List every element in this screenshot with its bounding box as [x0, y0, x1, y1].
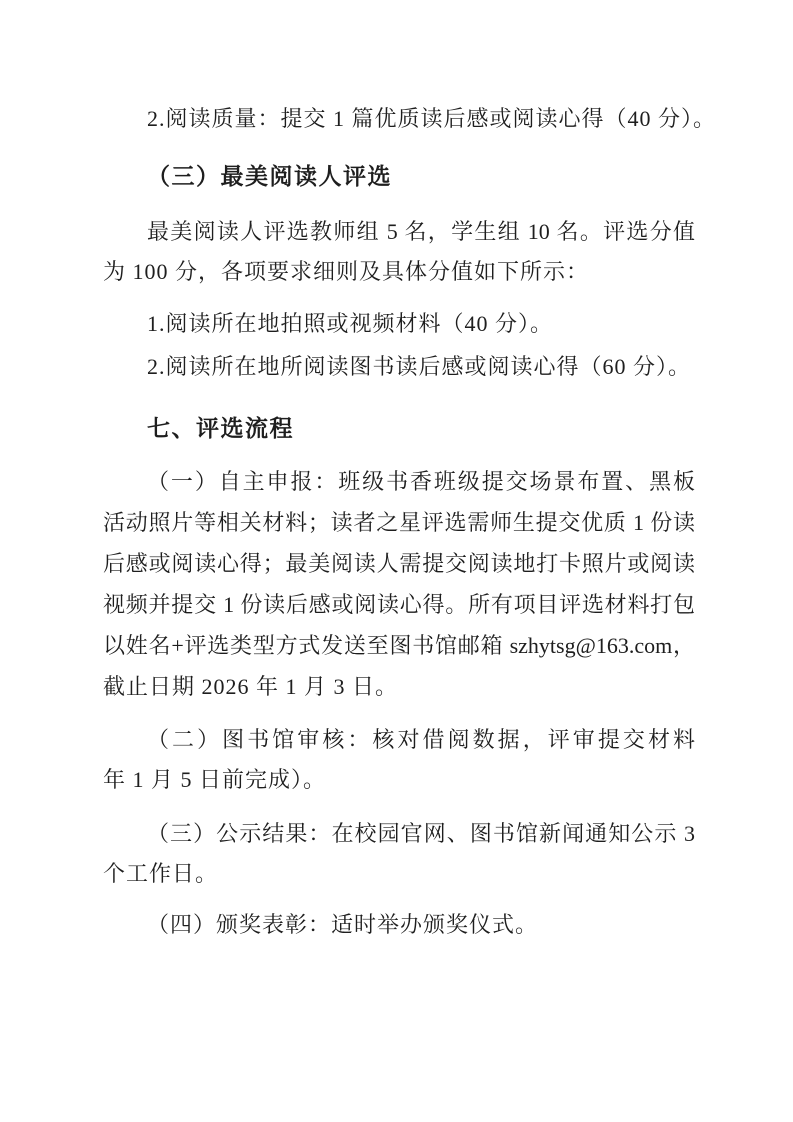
step-self-application-line4: 视频并提交 1 份读后感或阅读心得。所有项目评选材料打包 [103, 584, 695, 625]
list-item-location-photo: 1.阅读所在地拍照或视频材料（40 分）。 [103, 303, 695, 344]
paragraph-best-reader-line1: 最美阅读人评选教师组 5 名，学生组 10 名。评选分值 [103, 211, 695, 252]
step-self-application-line2: 活动照片等相关材料；读者之星评选需师生提交优质 1 份读 [103, 502, 695, 543]
step-self-application-line5-email: 以姓名+评选类型方式发送至图书馆邮箱 szhytsg@163.com， [103, 625, 695, 666]
step-library-review-line2: 年 1 月 5 日前完成）。 [103, 759, 695, 800]
list-item-reading-quality: 2.阅读质量：提交 1 篇优质读后感或阅读心得（40 分）。 [103, 98, 695, 139]
step-award-ceremony: （四）颁奖表彰：适时举办颁奖仪式。 [103, 904, 695, 945]
list-item-location-review: 2.阅读所在地所阅读图书读后感或阅读心得（60 分）。 [103, 346, 695, 387]
document-page: 2.阅读质量：提交 1 篇优质读后感或阅读心得（40 分）。 （三）最美阅读人评… [0, 0, 793, 1122]
heading-best-reader-selection: （三）最美阅读人评选 [103, 156, 695, 197]
step-publicity-line2: 个工作日。 [103, 853, 695, 894]
paragraph-best-reader-line2: 为 100 分，各项要求细则及具体分值如下所示： [103, 251, 695, 292]
heading-selection-process: 七、评选流程 [103, 408, 695, 449]
step-self-application-line6-deadline: 截止日期 2026 年 1 月 3 日。 [103, 666, 695, 707]
step-library-review-line1: （二）图书馆审核：核对借阅数据，评审提交材料（2026 [103, 719, 695, 760]
step-self-application-line3: 后感或阅读心得；最美阅读人需提交阅读地打卡照片或阅读 [103, 543, 695, 584]
step-publicity-line1: （三）公示结果：在校园官网、图书馆新闻通知公示 3 [103, 813, 695, 854]
step-self-application-line1: （一）自主申报：班级书香班级提交场景布置、黑板报、 [103, 461, 695, 502]
